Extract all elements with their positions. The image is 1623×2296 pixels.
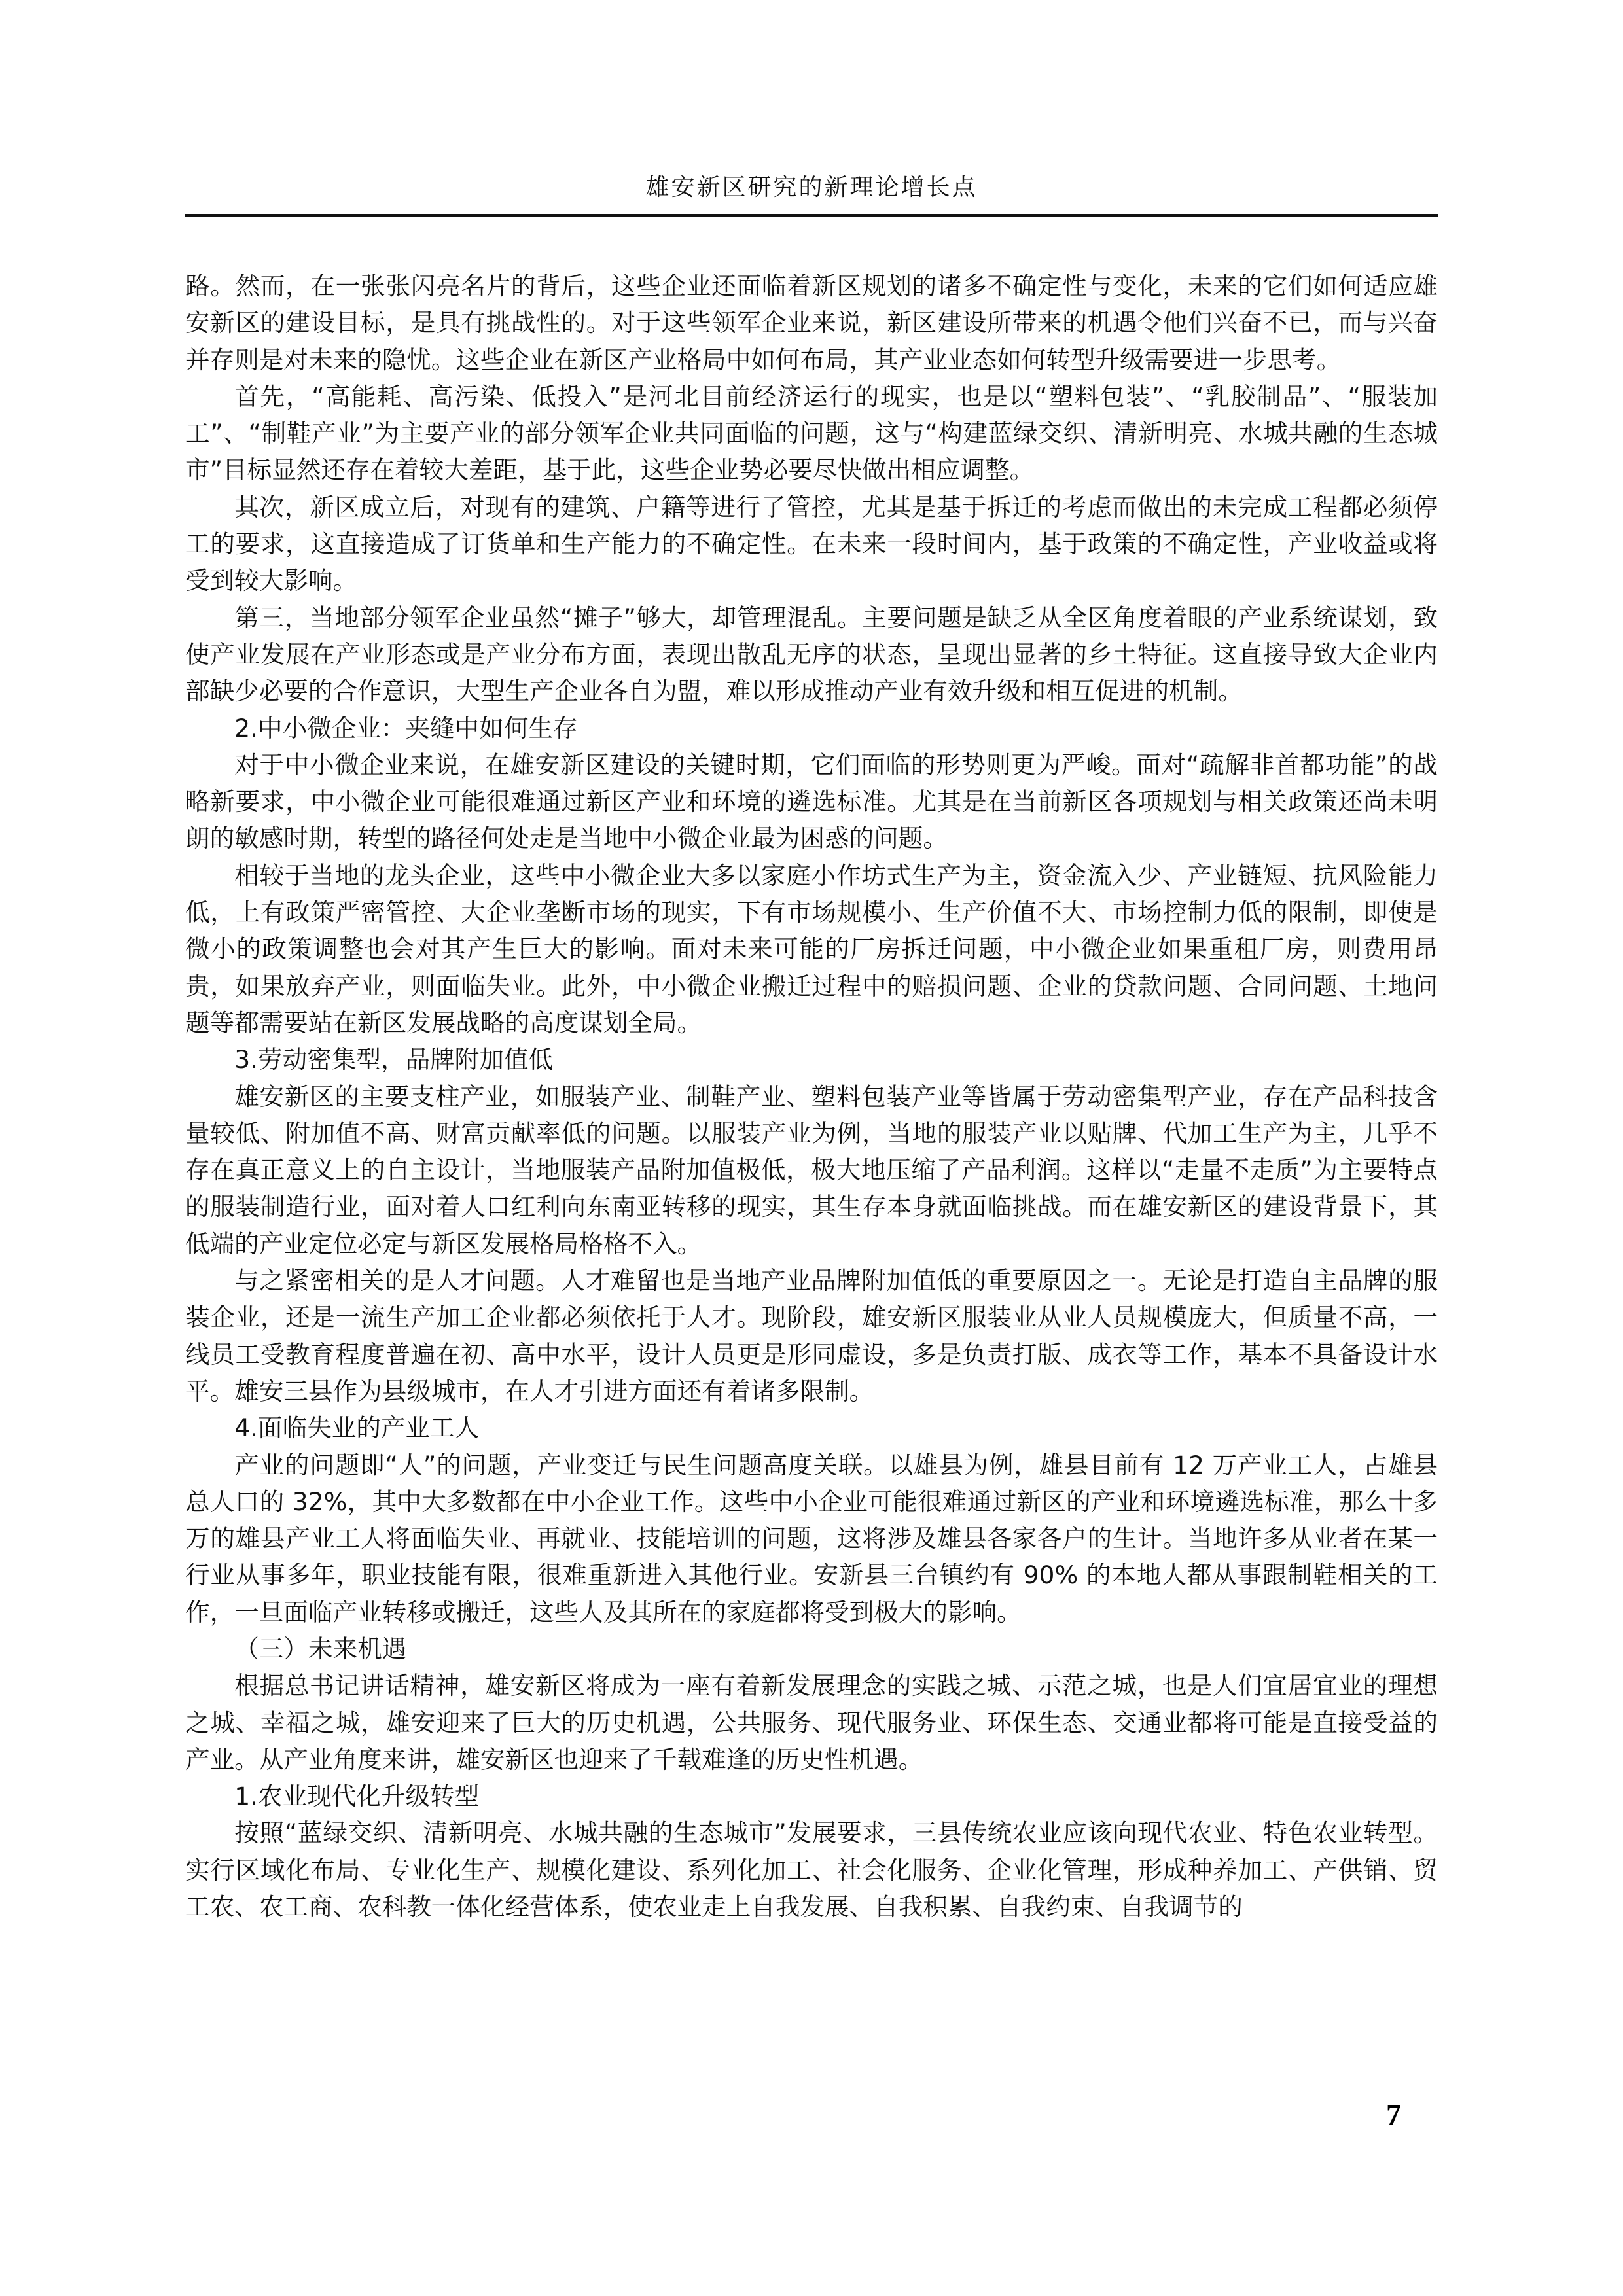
paragraph: 雄安新区的主要支柱产业，如服装产业、制鞋产业、塑料包装产业等皆属于劳动密集型产业… bbox=[185, 1078, 1438, 1262]
paragraph: 按照“蓝绿交织、清新明亮、水城共融的生态城市”发展要求，三县传统农业应该向现代农… bbox=[185, 1814, 1438, 1925]
section-heading: 4.面临失业的产业工人 bbox=[185, 1409, 1438, 1446]
header-rule bbox=[185, 214, 1438, 217]
paragraph: 其次，新区成立后，对现有的建筑、户籍等进行了管控，尤其是基于拆迁的考虑而做出的未… bbox=[185, 489, 1438, 599]
section-heading: 2.中小微企业：夹缝中如何生存 bbox=[185, 710, 1438, 747]
section-heading: （三）未来机遇 bbox=[185, 1631, 1438, 1667]
document-page: 雄安新区研究的新理论增长点 路。然而，在一张张闪亮名片的背后，这些企业还面临着新… bbox=[0, 0, 1623, 2296]
section-heading: 1.农业现代化升级转型 bbox=[185, 1778, 1438, 1814]
paragraph: 首先，“高能耗、高污染、低投入”是河北目前经济运行的现实，也是以“塑料包装”、“… bbox=[185, 378, 1438, 489]
paragraph: 对于中小微企业来说，在雄安新区建设的关键时期，它们面临的形势则更为严峻。面对“疏… bbox=[185, 747, 1438, 857]
running-header-title: 雄安新区研究的新理论增长点 bbox=[185, 171, 1438, 204]
paragraph: 产业的问题即“人”的问题，产业变迁与民生问题高度关联。以雄县为例，雄县目前有 1… bbox=[185, 1447, 1438, 1631]
body-text: 路。然而，在一张张闪亮名片的背后，这些企业还面临着新区规划的诸多不确定性与变化，… bbox=[185, 268, 1438, 1925]
paragraph: 与之紧密相关的是人才问题。人才难留也是当地产业品牌附加值低的重要原因之一。无论是… bbox=[185, 1262, 1438, 1409]
paragraph-continuation: 路。然而，在一张张闪亮名片的背后，这些企业还面临着新区规划的诸多不确定性与变化，… bbox=[185, 268, 1438, 378]
paragraph: 第三，当地部分领军企业虽然“摊子”够大，却管理混乱。主要问题是缺乏从全区角度着眼… bbox=[185, 599, 1438, 710]
paragraph: 根据总书记讲话精神，雄安新区将成为一座有着新发展理念的实践之城、示范之城，也是人… bbox=[185, 1667, 1438, 1778]
page-number: 7 bbox=[1386, 2097, 1401, 2132]
paragraph: 相较于当地的龙头企业，这些中小微企业大多以家庭小作坊式生产为主，资金流入少、产业… bbox=[185, 857, 1438, 1041]
section-heading: 3.劳动密集型，品牌附加值低 bbox=[185, 1041, 1438, 1078]
